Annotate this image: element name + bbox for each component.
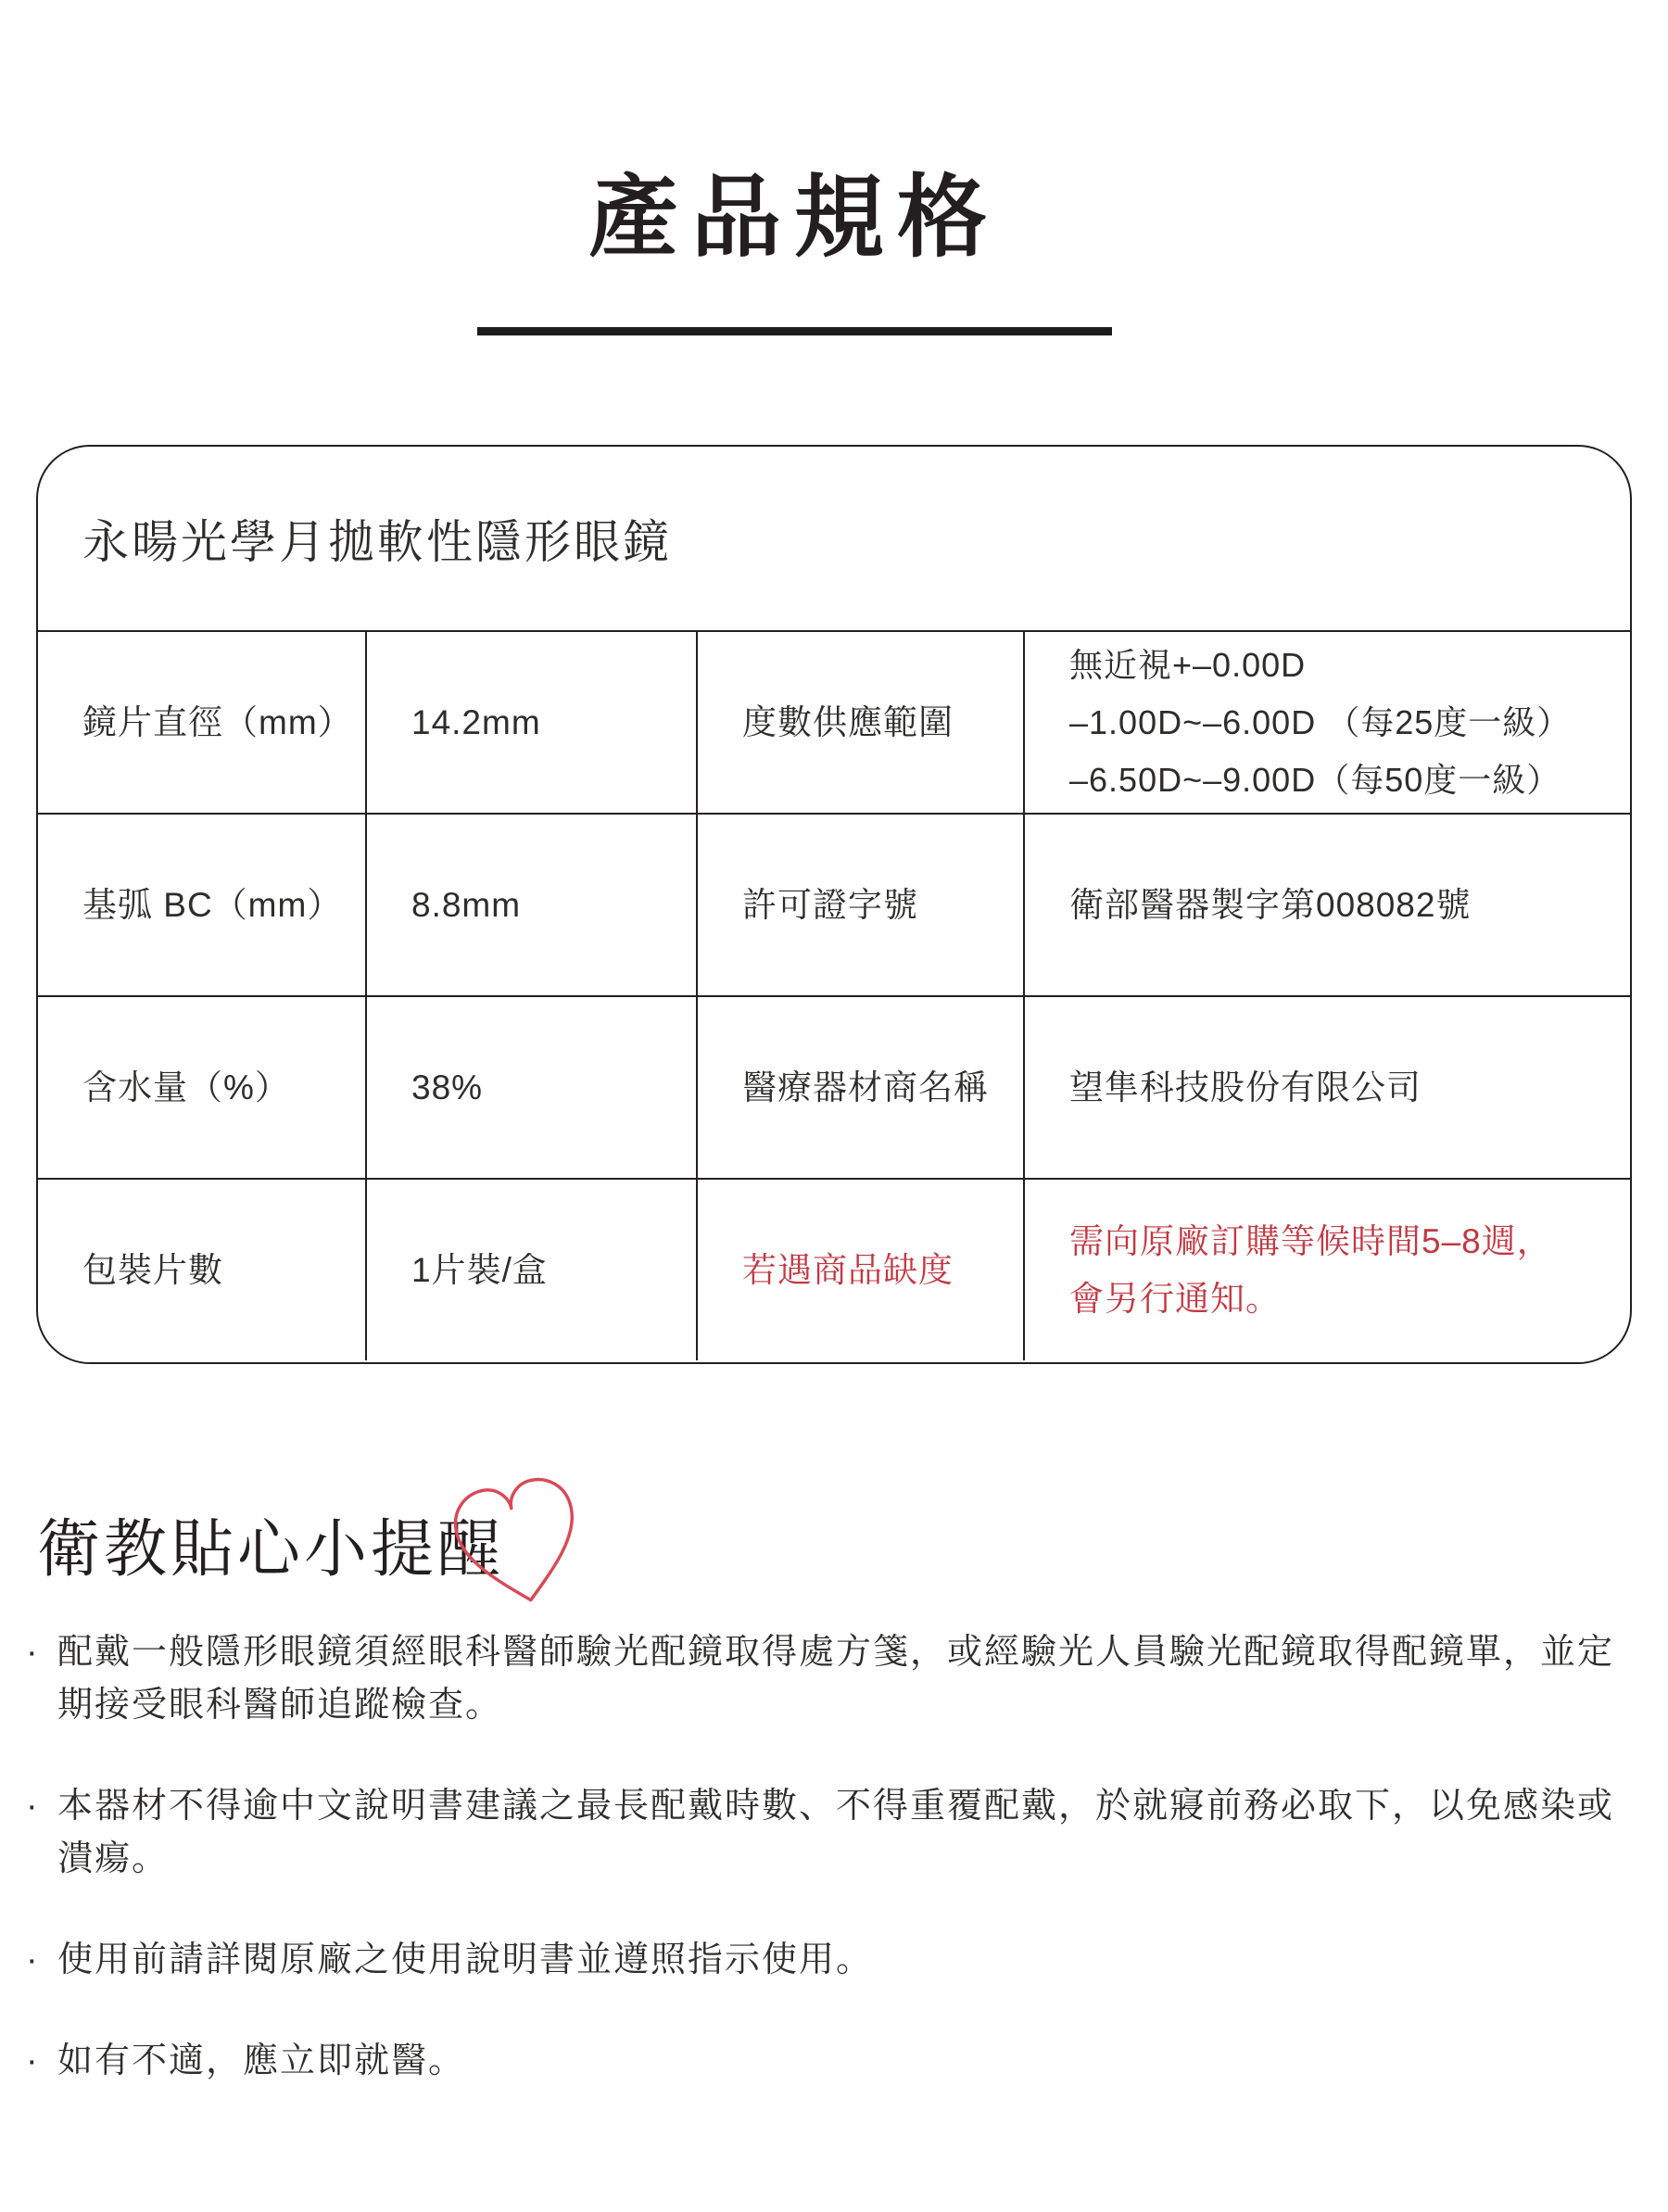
heart-icon	[433, 1461, 606, 1635]
title-underline	[477, 327, 1112, 335]
note-item: · 配戴一般隱形眼鏡須經眼科醫師驗光配鏡取得處方箋，或經驗光人員驗光配鏡取得配鏡…	[26, 1626, 1646, 1732]
spec-label-water-content: 含水量（%）	[38, 995, 365, 1178]
note-text: 如有不適，應立即就醫。	[57, 2035, 1646, 2088]
spec-value-out-of-stock: 需向原廠訂購等候時間5–8週， 會另行通知。	[1023, 1178, 1630, 1360]
spec-value-pack-count: 1片裝/盒	[365, 1178, 696, 1360]
spec-value-lens-diameter: 14.2mm	[365, 630, 696, 813]
bullet-marker: ·	[26, 1934, 57, 1987]
spec-label-license-number: 許可證字號	[696, 813, 1023, 995]
spec-grid: 鏡片直徑（mm） 14.2mm 度數供應範圍 無近視+–0.00D –1.00D…	[38, 630, 1630, 1360]
spec-value-vendor-name: 望隼科技股份有限公司	[1023, 995, 1630, 1178]
spec-label-vendor-name: 醫療器材商名稱	[696, 995, 1023, 1178]
notes-list: · 配戴一般隱形眼鏡須經眼科醫師驗光配鏡取得處方箋，或經驗光人員驗光配鏡取得配鏡…	[26, 1626, 1646, 2136]
spec-label-out-of-stock: 若遇商品缺度	[696, 1178, 1023, 1360]
spec-value-license-number: 衛部醫器製字第008082號	[1023, 813, 1630, 995]
note-text: 本器材不得逾中文說明書建議之最長配戴時數、不得重覆配戴，於就寢前務必取下，以免感…	[57, 1780, 1646, 1886]
spec-label-base-curve: 基弧 BC（mm）	[38, 813, 365, 995]
page-title: 產品規格	[0, 172, 1588, 262]
bullet-marker: ·	[26, 1780, 57, 1833]
spec-label-power-range: 度數供應範圍	[696, 630, 1023, 813]
note-item: · 如有不適，應立即就醫。	[26, 2035, 1646, 2088]
spec-line: 無近視+–0.00D	[1069, 637, 1608, 694]
bullet-marker: ·	[26, 1626, 57, 1679]
notes-title-text: 衛教貼心小提醒	[37, 1514, 504, 1585]
note-text: 使用前請詳閱原廠之使用說明書並遵照指示使用。	[57, 1934, 1646, 1987]
note-item: · 使用前請詳閱原廠之使用說明書並遵照指示使用。	[26, 1934, 1646, 1987]
spec-label-lens-diameter: 鏡片直徑（mm）	[38, 630, 365, 813]
spec-line: 需向原廠訂購等候時間5–8週，	[1069, 1213, 1608, 1270]
bullet-marker: ·	[26, 2035, 57, 2088]
note-item: · 本器材不得逾中文說明書建議之最長配戴時數、不得重覆配戴，於就寢前務必取下，以…	[26, 1780, 1646, 1886]
notes-section-title: 衛教貼心小提醒	[37, 1518, 504, 1581]
spec-line: 望隼科技股份有限公司	[1069, 1059, 1608, 1117]
spec-line: –1.00D~–6.00D （每25度一級）	[1069, 694, 1608, 752]
spec-line: 衛部醫器製字第008082號	[1069, 877, 1608, 934]
spec-label-pack-count: 包裝片數	[38, 1178, 365, 1360]
note-text: 配戴一般隱形眼鏡須經眼科醫師驗光配鏡取得處方箋，或經驗光人員驗光配鏡取得配鏡單，…	[57, 1626, 1646, 1732]
product-spec-table: 永暘光學月拋軟性隱形眼鏡 鏡片直徑（mm） 14.2mm 度數供應範圍 無近視+…	[36, 445, 1632, 1364]
spec-value-water-content: 38%	[365, 995, 696, 1178]
spec-value-power-range: 無近視+–0.00D –1.00D~–6.00D （每25度一級） –6.50D…	[1023, 630, 1630, 813]
product-name: 永暘光學月拋軟性隱形眼鏡	[38, 447, 1630, 630]
spec-line: 會另行通知。	[1069, 1270, 1608, 1328]
spec-line: –6.50D~–9.00D（每50度一級）	[1069, 752, 1608, 809]
spec-value-base-curve: 8.8mm	[365, 813, 696, 995]
